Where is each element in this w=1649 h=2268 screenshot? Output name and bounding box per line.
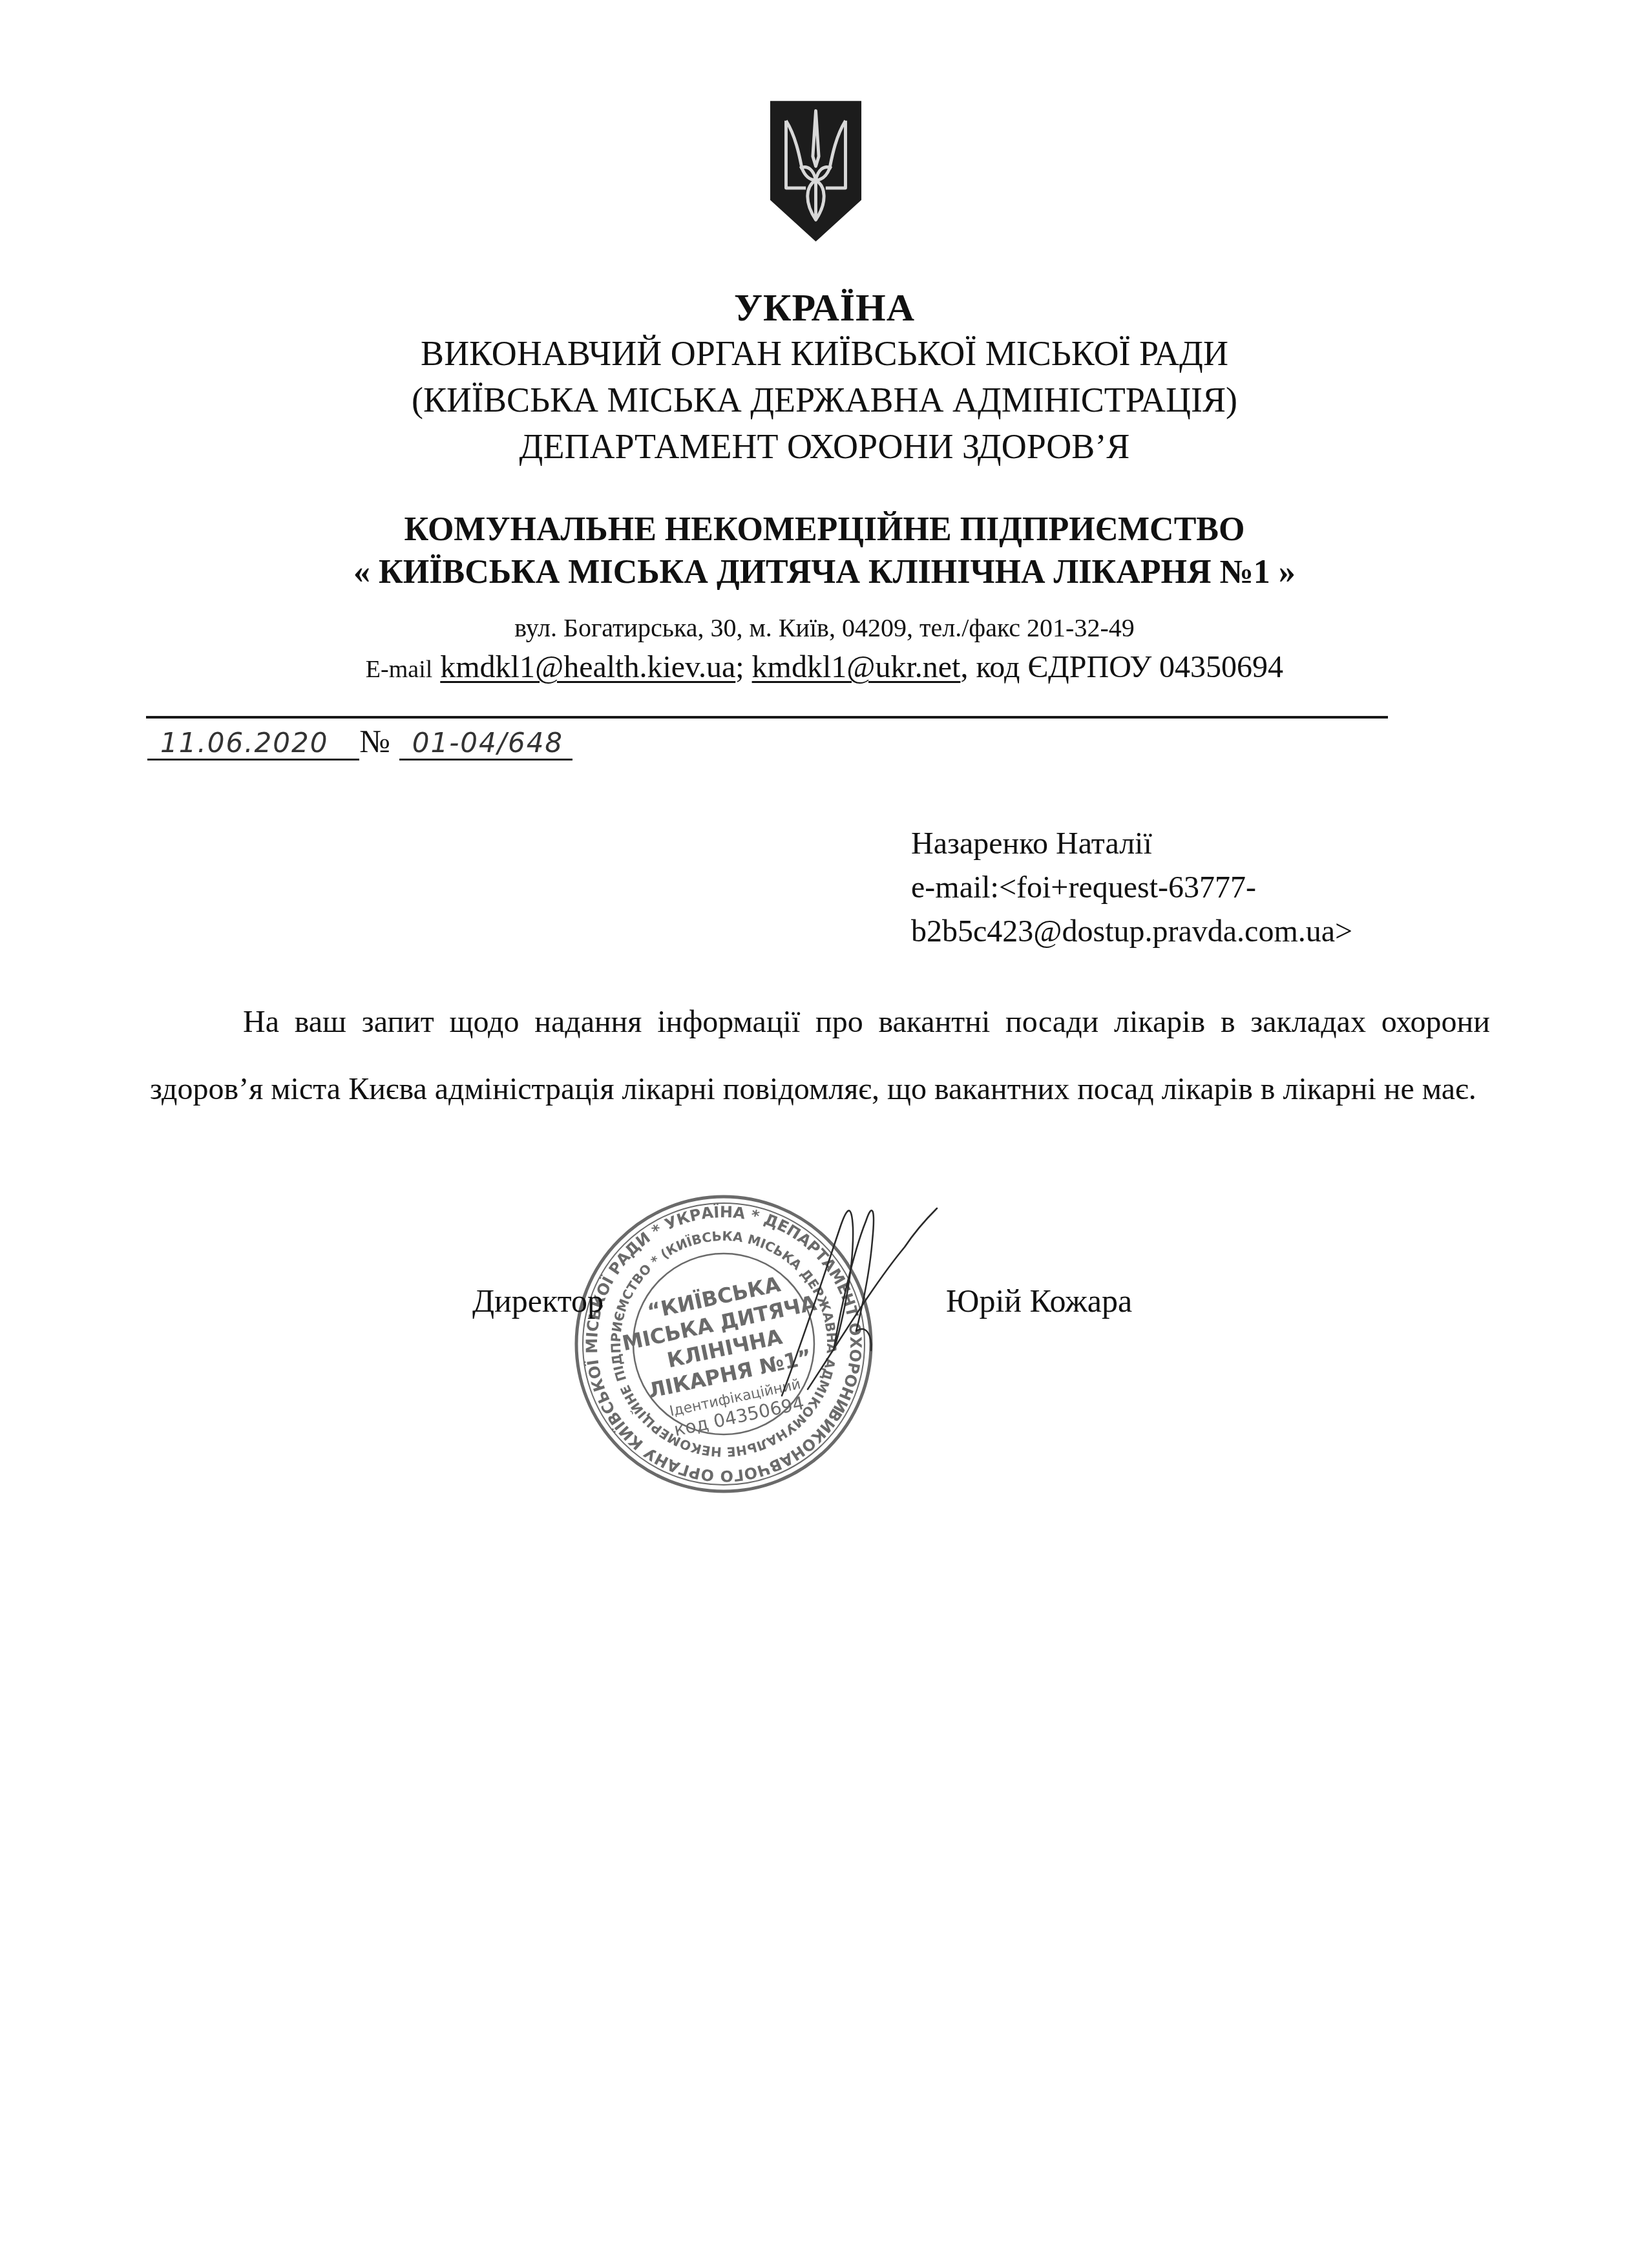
coat-of-arms-icon xyxy=(766,97,866,246)
organization-name: « КИЇВСЬКА МІСЬКА ДИТЯЧА КЛІНІЧНА ЛІКАРН… xyxy=(0,553,1649,591)
letter-body: На ваш запит щодо надання інформації про… xyxy=(150,989,1490,1123)
executive-body-line: ВИКОНАВЧИЙ ОРГАН КИЇВСЬКОЇ МІСЬКОЇ РАДИ xyxy=(0,333,1649,373)
recipient-email-line-2: b2b5c423@dostup.pravda.com.ua> xyxy=(911,910,1352,954)
email-label: E-mail xyxy=(366,656,432,683)
email-separator: ; xyxy=(735,650,744,684)
department-line: ДЕПАРТАМЕНТ ОХОРОНИ ЗДОРОВ’Я xyxy=(0,426,1649,467)
recipient-email-line-1: e-mail:<foi+request-63777- xyxy=(911,866,1352,910)
email-link-health[interactable]: kmdkl1@health.kiev.ua xyxy=(440,650,735,684)
country-heading: УКРАЇНА xyxy=(0,286,1649,330)
body-paragraph: На ваш запит щодо надання інформації про… xyxy=(150,989,1490,1123)
administration-line: (КИЇВСЬКА МІСЬКА ДЕРЖАВНА АДМІНІСТРАЦІЯ) xyxy=(0,380,1649,420)
edrpou-code: , код ЄДРПОУ 04350694 xyxy=(960,650,1283,684)
recipient-name: Назаренко Наталії xyxy=(911,822,1352,866)
contact-line: E-mail kmdkl1@health.kiev.ua; kmdkl1@ukr… xyxy=(0,649,1649,685)
handwritten-signature xyxy=(743,1182,950,1454)
number-sign: № xyxy=(359,723,390,759)
registration-date: 11.06.2020 xyxy=(147,727,359,761)
signatory-title: Директор xyxy=(472,1282,604,1319)
organization-type: КОМУНАЛЬНЕ НЕКОМЕРЦІЙНЕ ПІДПРИЄМСТВО xyxy=(0,510,1649,549)
address-line: вул. Богатирська, 30, м. Київ, 04209, те… xyxy=(0,613,1649,643)
signatory-name: Юрій Кожара xyxy=(946,1282,1132,1319)
registration-number: 01-04/648 xyxy=(399,727,572,761)
email-link-ukrnet[interactable]: kmdkl1@ukr.net xyxy=(752,650,961,684)
registration-line: 11.06.2020№01-04/648 xyxy=(147,722,572,768)
recipient-block: Назаренко Наталії e-mail:<foi+request-63… xyxy=(911,822,1352,954)
header-divider xyxy=(146,716,1388,719)
